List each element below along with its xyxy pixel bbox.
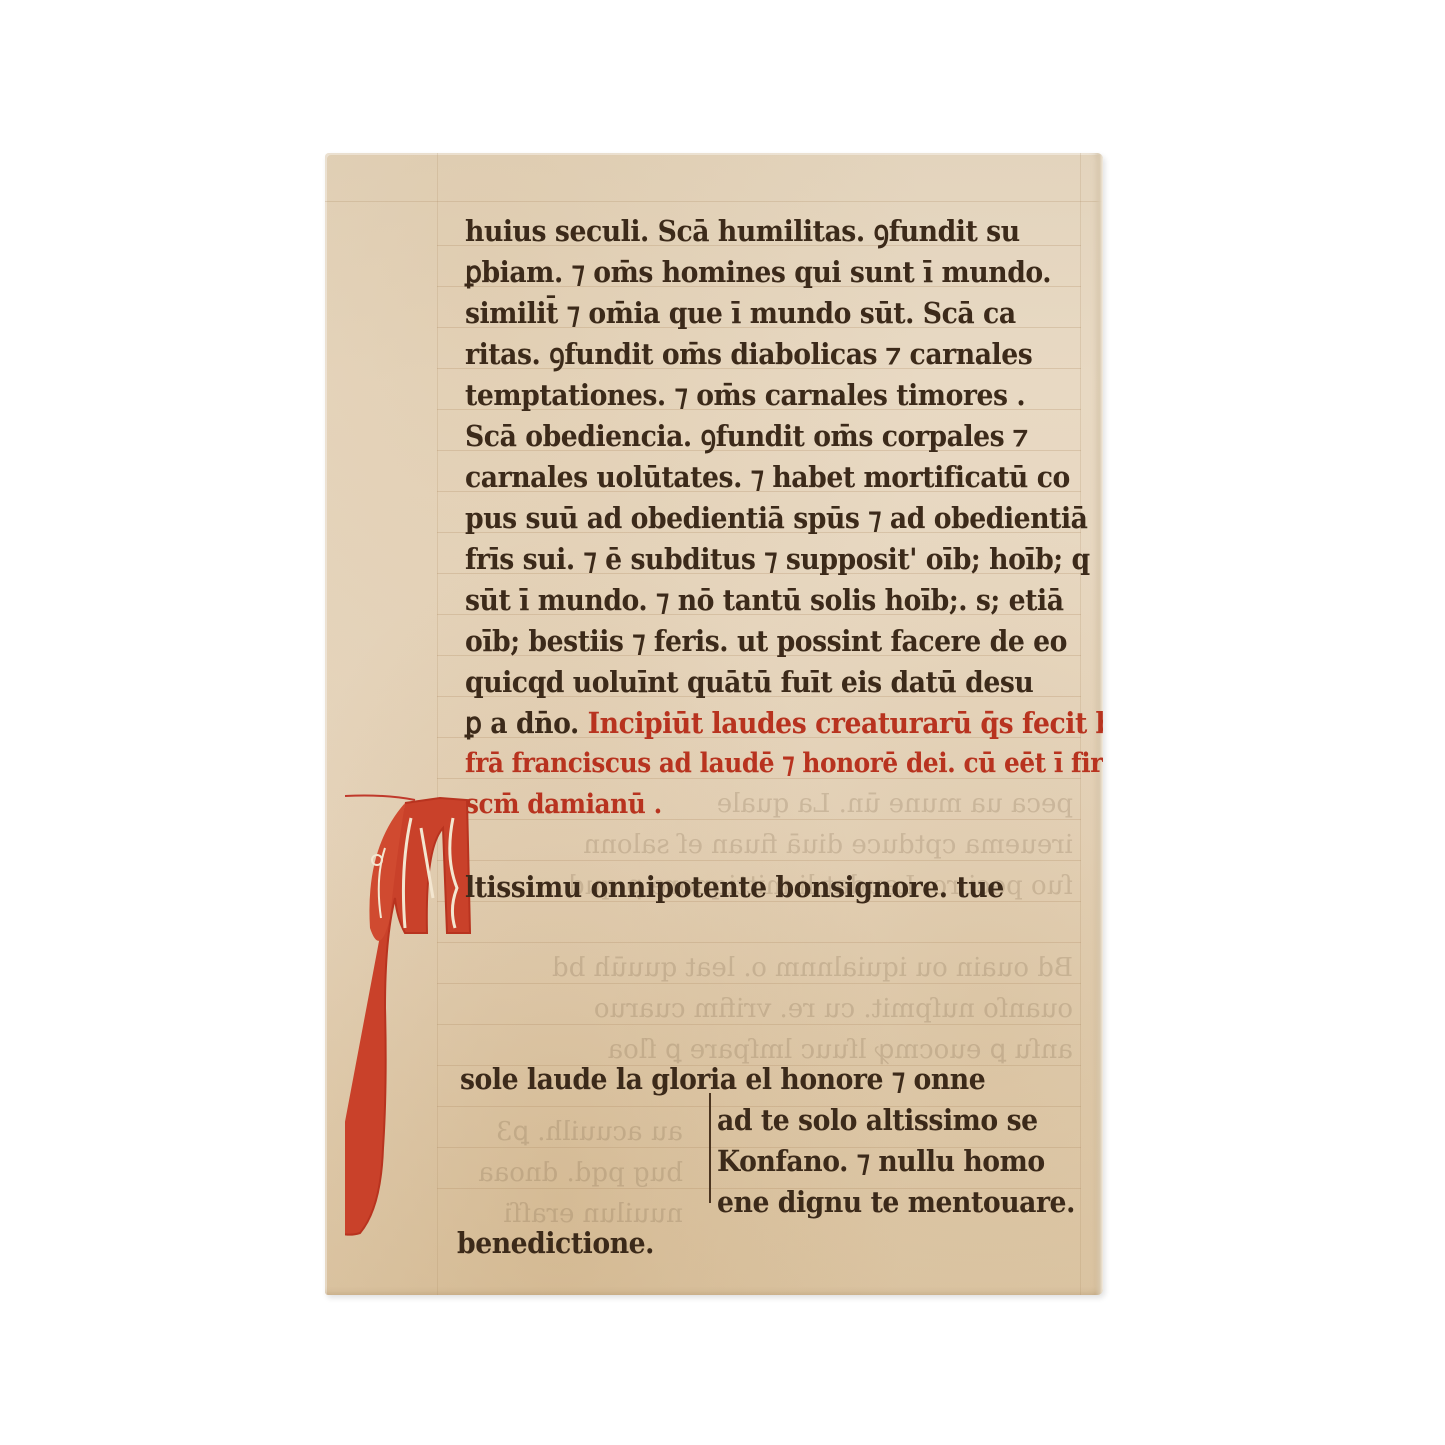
text-segment-rubric: Incipiūt laudes creaturarū q̄s fecit bea… — [588, 706, 1103, 740]
bleed-through-text: peca ua mune ūn. La quale — [665, 785, 1073, 823]
text-line: sūt ī mundo. ⁊ nō tantū solis hoīb;. s; … — [465, 580, 1026, 620]
rubric-heading-line: ꝑ a dn̄o. Incipiūt laudes creaturarū q̄s… — [465, 703, 1026, 743]
text-line: Scā obediencia. ꝯfundit om̄s corpales ⁊ — [465, 416, 1026, 456]
product-mockup: huius seculi. Scā humilitas. ꝯfundit su … — [0, 0, 1445, 1445]
text-line: similit̄ ⁊ om̄ia que ī mundo sūt. Scā ca — [465, 293, 1026, 333]
text-line: oīb; bestiis ⁊ feris. ut possint facere … — [465, 621, 1026, 661]
text-line: ꝑbiam. ⁊ om̄s homines qui sunt ī mundo. — [465, 252, 1026, 292]
bleed-through-text: ireuema cptduce diuā fiuan eſ salonn — [437, 826, 1073, 864]
text-line: temptationes. ⁊ om̄s carnales timores . — [465, 375, 1026, 415]
text-line: ritas. ꝯfundit om̄s diabolicas ⁊ carnale… — [465, 334, 1026, 374]
canticle-last-line: benedictione. — [457, 1223, 1026, 1263]
canticle-indented-line: Konfano. ⁊ nullu homo — [717, 1141, 1046, 1181]
verse-divider — [709, 1093, 711, 1203]
canticle-line: sole laude la gloria el honore ⁊ onne — [460, 1059, 1026, 1099]
text-line: quicqd uoluīnt quātū fuīt eis datū desu — [465, 662, 1026, 702]
canticle-first-line: ltissimu onnipotente bonsignore. tue — [465, 867, 1026, 907]
text-line: pus suū ad obedientiā spūs ⁊ ad obedient… — [465, 498, 1026, 538]
canticle-indented-line: ad te solo altissimo se — [717, 1100, 1046, 1140]
text-line: carnales uolūtates. ⁊ habet mortificatū … — [465, 457, 1026, 497]
decorated-initial-a — [345, 788, 475, 1238]
text-segment-ink: ꝑ a dn̄o. — [465, 706, 579, 740]
text-line: frīs sui. ⁊ ē subditus ⁊ supposit' oīb; … — [465, 539, 1026, 579]
rubric-line: frā franciscus ad laudē ⁊ honorē dei. cū… — [465, 744, 1026, 784]
manuscript-page: huius seculi. Scā humilitas. ꝯfundit su … — [325, 153, 1103, 1295]
top-fold-line — [325, 201, 1103, 202]
ruling-line — [437, 942, 1081, 943]
bleed-through-text: ouanſo nuſpmit. cu re. vrifim cuaruo — [437, 990, 1073, 1028]
canticle-indented-line: ene dignu te mentouare. — [717, 1182, 1046, 1222]
bleed-through-text: Bd ouain ou iquialnnm o. leat quuūh bd — [437, 949, 1073, 987]
text-line: huius seculi. Scā humilitas. ꝯfundit su — [465, 211, 1026, 251]
